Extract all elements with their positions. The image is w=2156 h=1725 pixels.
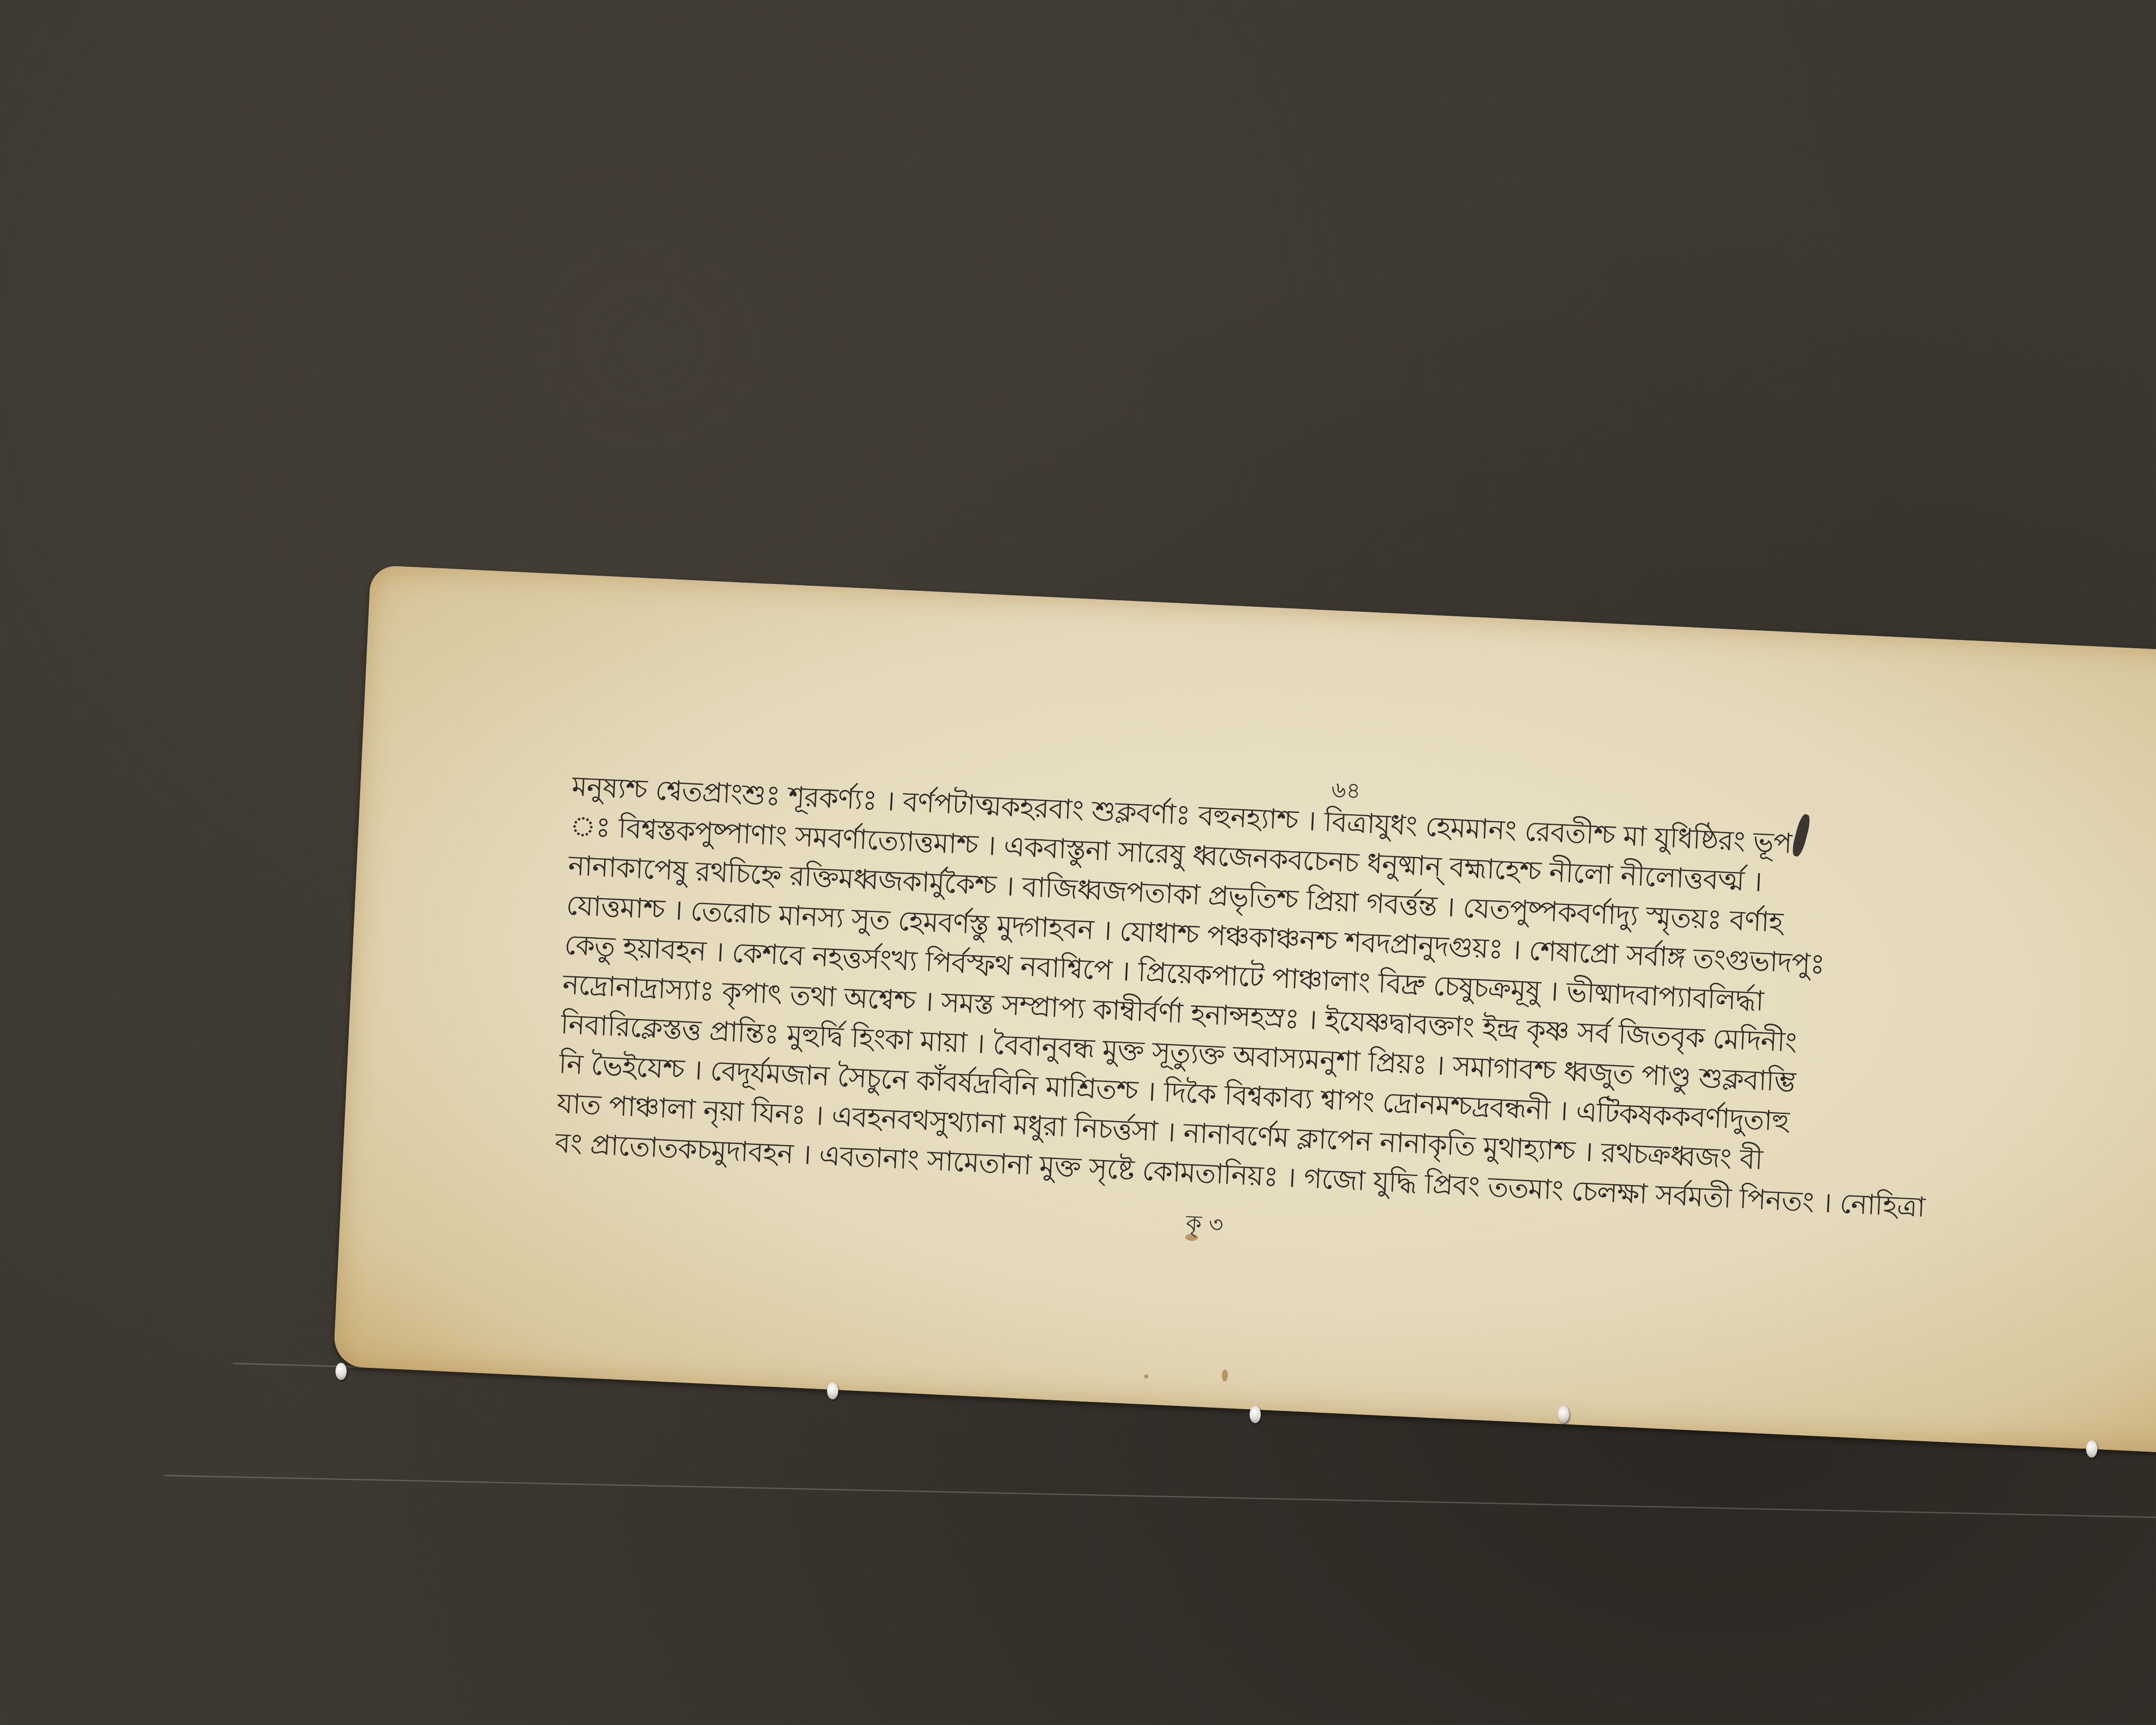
pin-icon — [335, 1363, 347, 1380]
folio-marker: কৃ ৩ — [1185, 1206, 1224, 1245]
pin-icon — [1558, 1406, 1569, 1423]
stain-spot — [1144, 1374, 1148, 1379]
pin-icon — [2086, 1440, 2097, 1458]
pin-icon — [1250, 1406, 1261, 1423]
support-thread — [164, 1475, 2156, 1523]
mounting-board: ৬৪ মনুষ্যশ্চ শ্বেতপ্রাংশুঃ শূরকর্ণ্যঃ । … — [0, 0, 2156, 1725]
manuscript-text: মনুষ্যশ্চ শ্বেতপ্রাংশুঃ শূরকর্ণ্যঃ । বর্… — [554, 767, 2046, 1233]
manuscript-leaf: ৬৪ মনুষ্যশ্চ শ্বেতপ্রাংশুঃ শূরকর্ণ্যঃ । … — [333, 565, 2156, 1455]
stain-spot — [1222, 1369, 1228, 1382]
pin-icon — [827, 1382, 838, 1399]
